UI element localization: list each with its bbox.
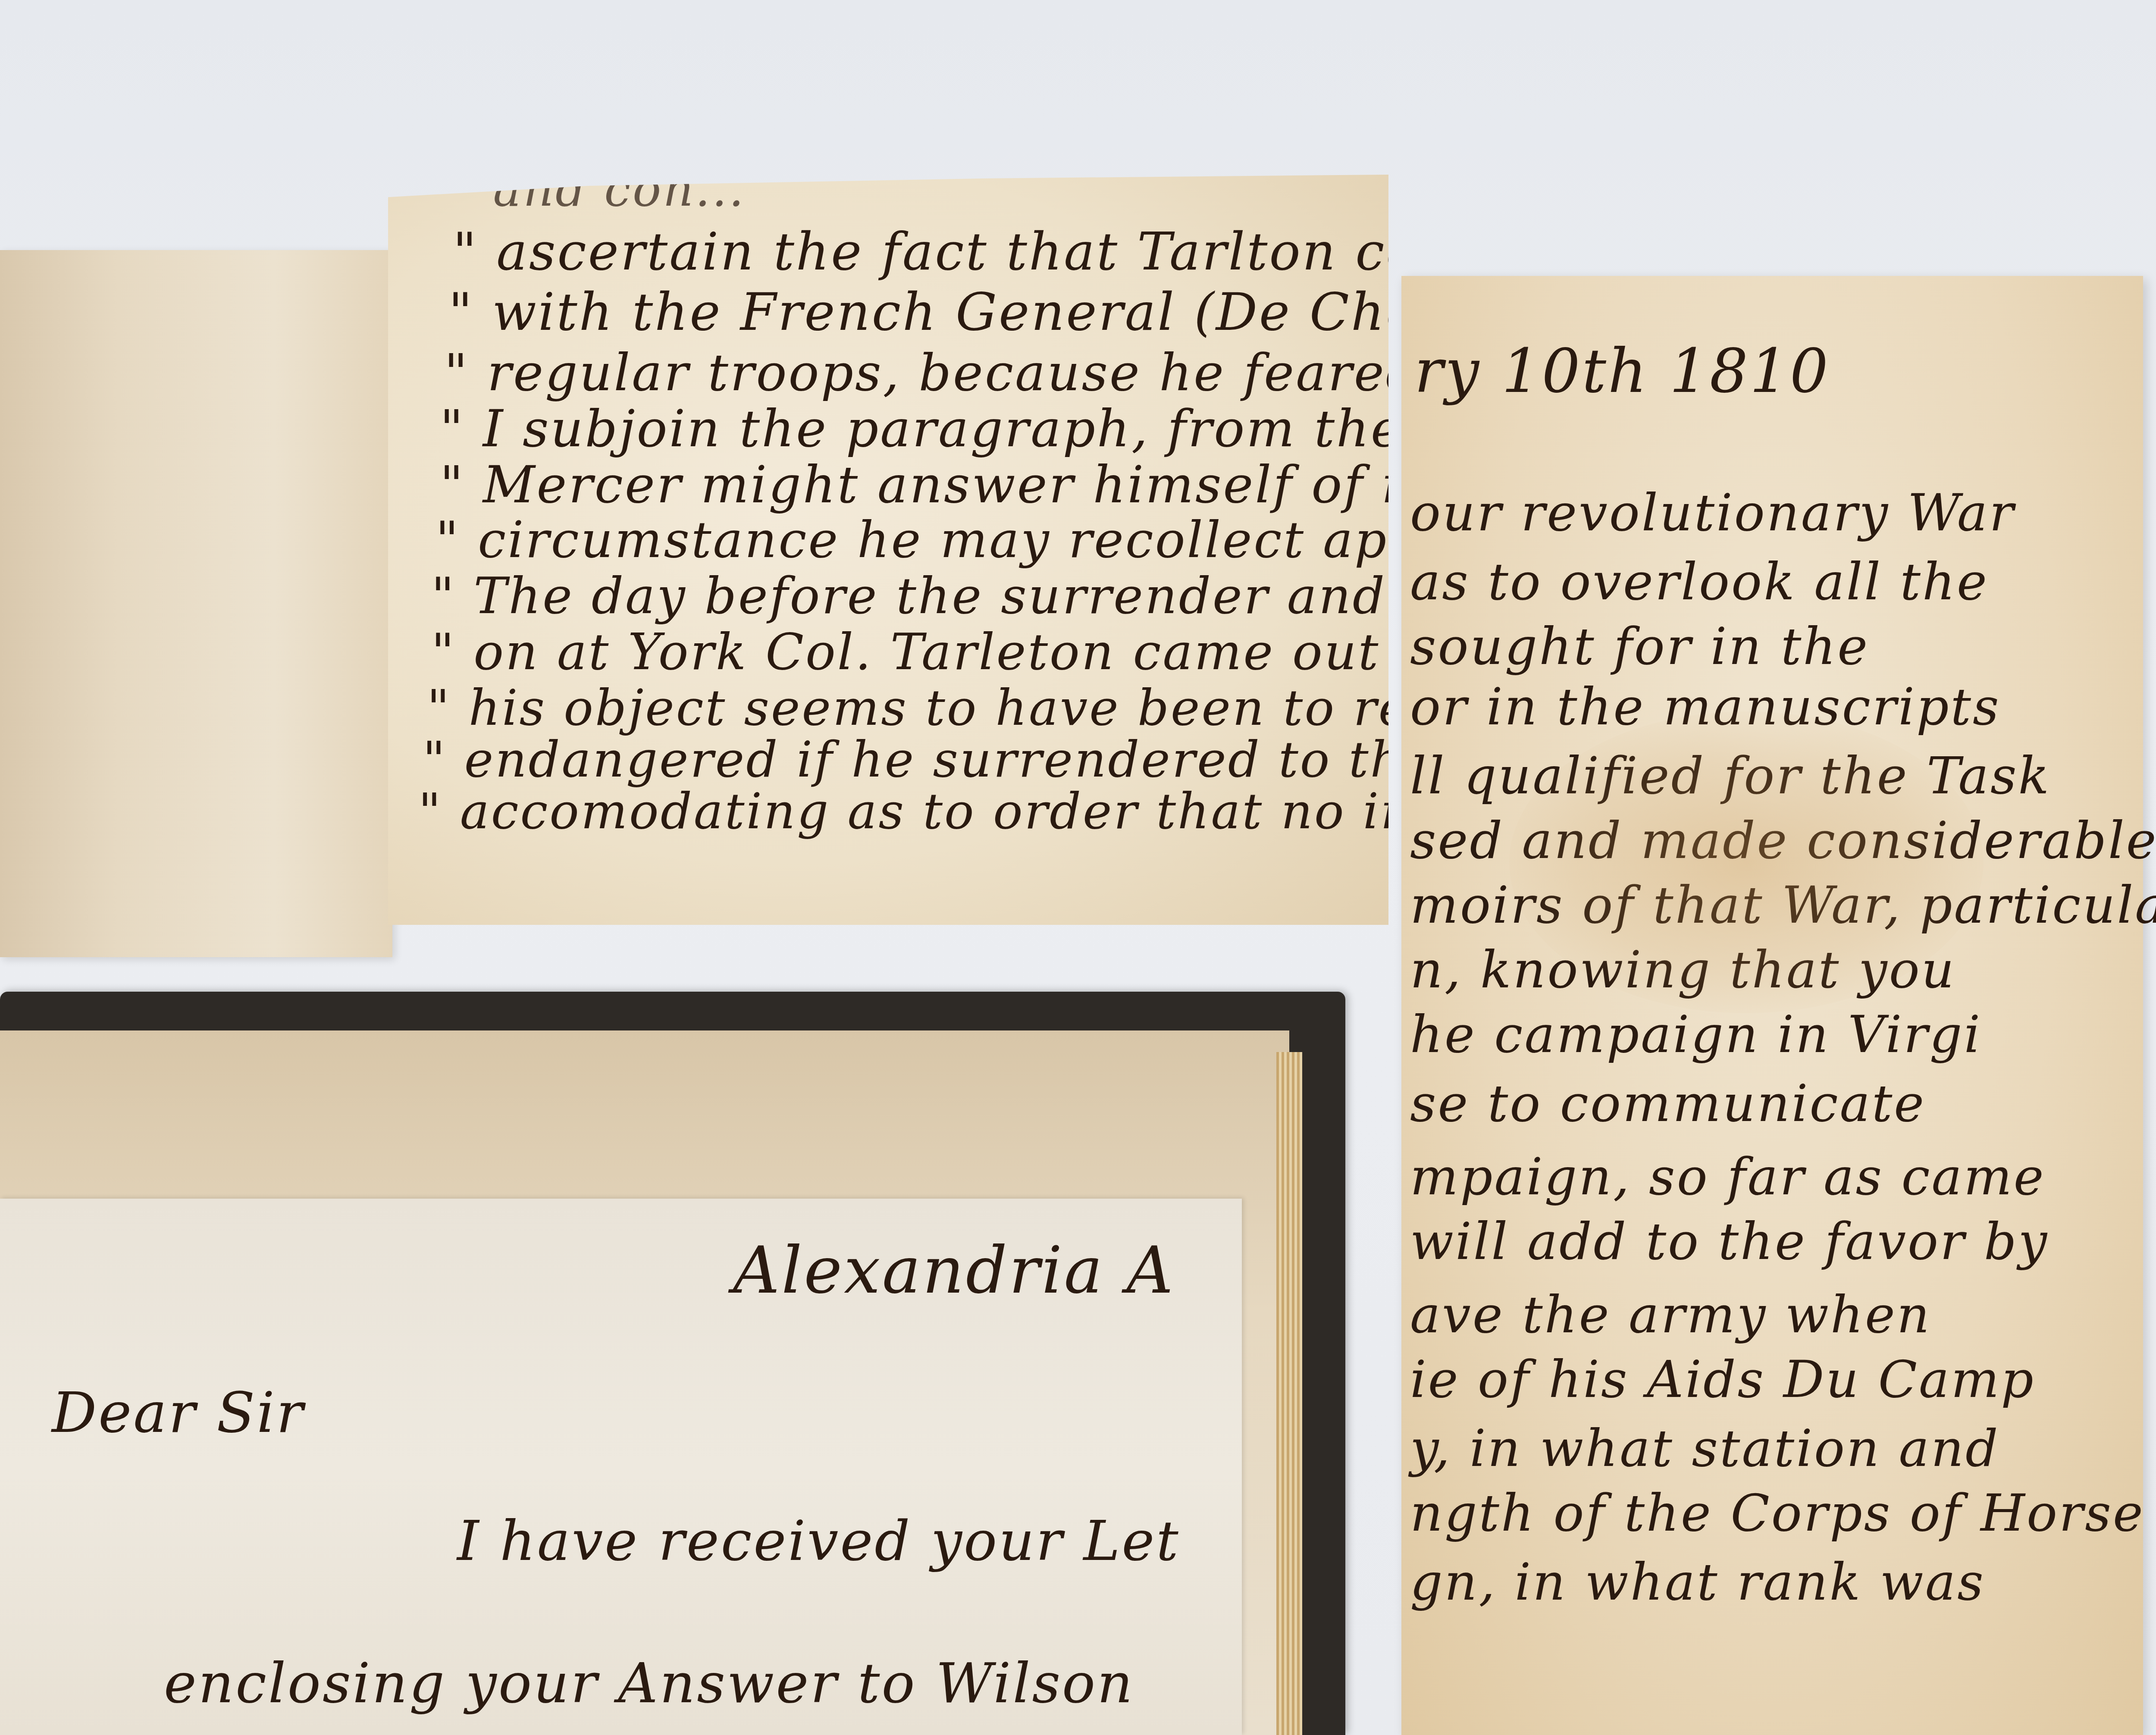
- quote-line: " on at York Col. Tarleton came out and: [431, 623, 1497, 681]
- letter-line: ngth of the Corps of Horse: [1410, 1483, 2145, 1543]
- letter-line: our revolutionary War: [1410, 483, 2015, 542]
- letter-salutation: Dear Sir: [52, 1380, 305, 1445]
- quote-line: " circumstance he may recollect applying: [436, 511, 1555, 569]
- quote-line: " with the French General (De Choiz) la: [448, 282, 1557, 342]
- quote-line: " I subjoin the paragraph, from the m: [440, 399, 1470, 458]
- book-page-edges: [1276, 1052, 1302, 1735]
- quote-line: " ascertain the fact that Tarlton confid: [453, 222, 1528, 282]
- letter-line: sought for in the: [1410, 617, 1869, 676]
- letter-line: I have received your Let: [457, 1509, 1180, 1573]
- letter-line: enclosing your Answer to Wilson: [164, 1651, 1134, 1716]
- quoted-letter-page: " and con... " ascertain the fact that T…: [388, 175, 1388, 925]
- letter-line: gn, in what rank was: [1410, 1552, 1985, 1612]
- letter-line: y, in what station and: [1410, 1419, 1999, 1478]
- water-stain: [1509, 711, 1984, 1013]
- letter-line: ie of his Aids Du Camp: [1410, 1350, 2035, 1409]
- bleed-through-text: [86, 1311, 463, 1366]
- quote-line: " and con...: [453, 162, 746, 217]
- left-folded-page: [0, 250, 392, 957]
- letter-line: mpaign, so far as came: [1410, 1147, 2046, 1206]
- letter-place: Alexandria A: [733, 1233, 1175, 1308]
- quote-line: " accomodating as to order that no infan…: [418, 783, 1574, 840]
- letter-date: ry 10th 1810: [1414, 336, 1830, 407]
- letter-line: se to communicate: [1410, 1074, 1926, 1133]
- letter-line: ave the army when: [1410, 1285, 1931, 1344]
- letter-line: as to overlook all the: [1410, 552, 1989, 611]
- letter-line: will add to the favor by: [1410, 1212, 2049, 1271]
- alexandria-letter-page: Alexandria A Dear Sir I have received yo…: [0, 1199, 1242, 1735]
- quote-line: " Mercer might answer himself of its au: [440, 455, 1535, 514]
- letter-line: he campaign in Virgi: [1410, 1005, 1982, 1064]
